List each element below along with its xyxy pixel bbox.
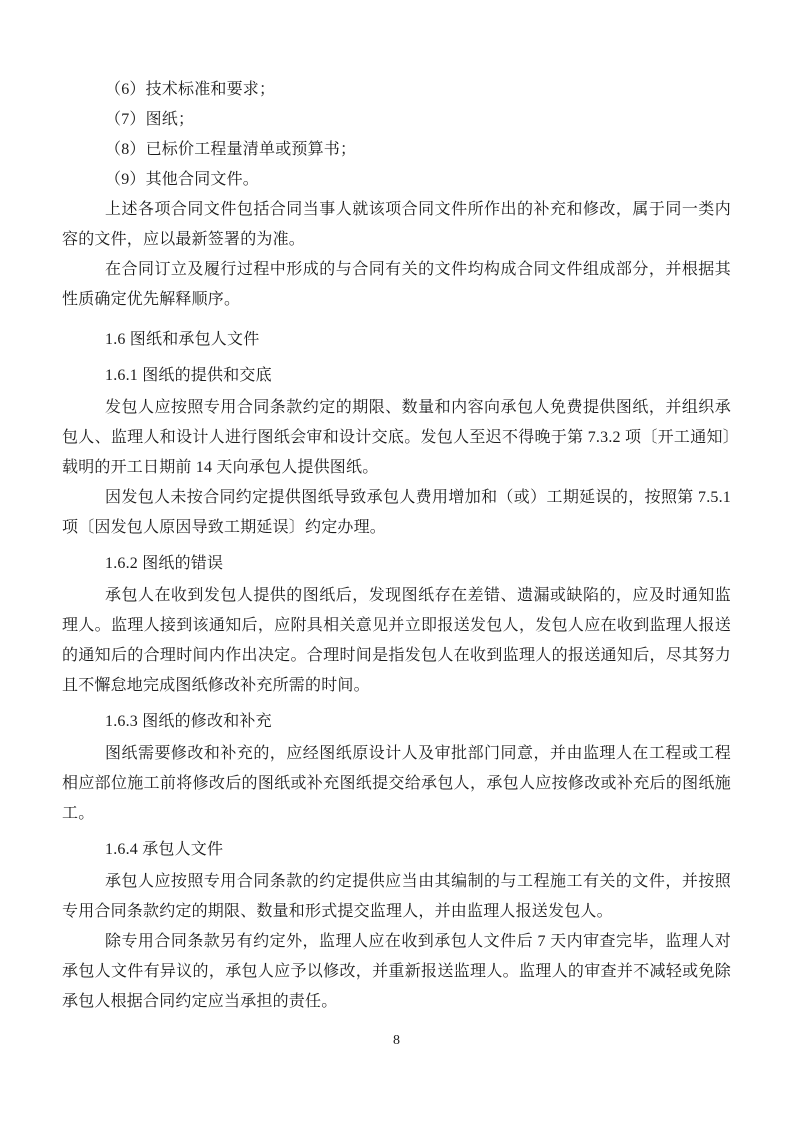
contract-paragraph: 上述各项合同文件包括合同当事人就该项合同文件所作出的补充和修改，属于同一类内容的…	[62, 195, 731, 255]
document-page: （6）技术标准和要求；（7）图纸；（8）已标价工程量清单或预算书；（9）其他合同…	[0, 0, 793, 1122]
contract-paragraph: 除专用合同条款另有约定外，监理人应在收到承包人文件后 7 天内审查完毕，监理人对…	[62, 927, 731, 1017]
subsection-heading: 1.6.1 图纸的提供和交底	[62, 361, 731, 391]
document-body: （6）技术标准和要求；（7）图纸；（8）已标价工程量清单或预算书；（9）其他合同…	[62, 75, 731, 1017]
contract-paragraph: 承包人在收到发包人提供的图纸后，发现图纸存在差错、遗漏或缺陷的，应及时通知监理人…	[62, 581, 731, 701]
contract-paragraph: 发包人应按照专用合同条款约定的期限、数量和内容向承包人免费提供图纸，并组织承包人…	[62, 393, 731, 483]
page-number: 8	[0, 1031, 793, 1051]
subsection-heading: 1.6.3 图纸的修改和补充	[62, 707, 731, 737]
contract-paragraph: 图纸需要修改和补充的，应经图纸原设计人及审批部门同意，并由监理人在工程或工程相应…	[62, 739, 731, 829]
contract-list-item: （8）已标价工程量清单或预算书；	[62, 135, 731, 165]
contract-list-item: （6）技术标准和要求；	[62, 75, 731, 105]
contract-list-item: （7）图纸；	[62, 105, 731, 135]
contract-paragraph: 承包人应按照专用合同条款的约定提供应当由其编制的与工程施工有关的文件，并按照专用…	[62, 867, 731, 927]
subsection-heading: 1.6.2 图纸的错误	[62, 549, 731, 579]
section-heading: 1.6 图纸和承包人文件	[62, 325, 731, 355]
contract-paragraph: 因发包人未按合同约定提供图纸导致承包人费用增加和（或）工期延误的，按照第 7.5…	[62, 483, 731, 543]
contract-paragraph: 在合同订立及履行过程中形成的与合同有关的文件均构成合同文件组成部分，并根据其性质…	[62, 255, 731, 315]
contract-list-item: （9）其他合同文件。	[62, 165, 731, 195]
subsection-heading: 1.6.4 承包人文件	[62, 835, 731, 865]
